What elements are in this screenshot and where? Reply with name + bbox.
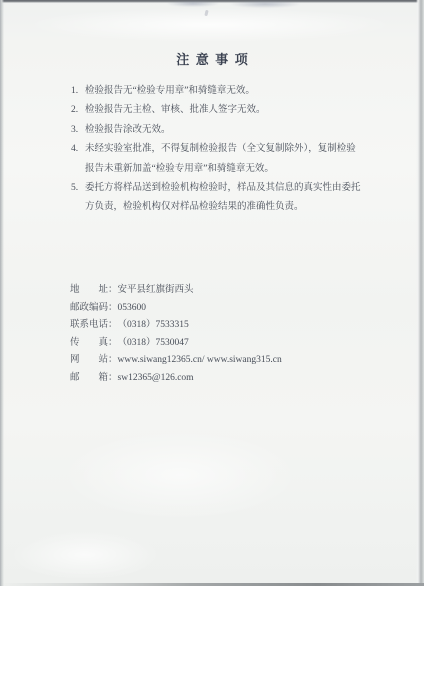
contact-row-phone: 联系电话：（0318）7533315 bbox=[70, 317, 394, 335]
contact-colon: ： bbox=[108, 370, 118, 388]
scan-smudge bbox=[10, 530, 160, 580]
note-item: 2. 检验报告无主检、审核、批准人签字无效。 bbox=[71, 101, 364, 120]
contact-row-website: 网站：www.siwang12365.cn/ www.siwang315.cn bbox=[70, 352, 394, 370]
scan-edge-right bbox=[416, 0, 424, 586]
note-text: 委托方将样品送到检验机构检验时，样品及其信息的真实性由委托方负责，检验机构仅对样… bbox=[85, 179, 364, 218]
contact-label: 邮箱 bbox=[70, 370, 108, 388]
contact-colon: ： bbox=[108, 335, 118, 353]
contact-row-address: 地址：安平县红旗街西头 bbox=[70, 282, 394, 300]
contact-value: sw12365@126.com bbox=[118, 373, 194, 383]
note-number: 3. bbox=[71, 121, 85, 140]
contact-row-postcode: 邮政编码：053600 bbox=[70, 300, 394, 318]
note-number: 1. bbox=[71, 82, 85, 101]
contact-value: （0318）7530047 bbox=[118, 338, 189, 348]
contact-value: 053600 bbox=[118, 303, 147, 313]
note-item: 1. 检验报告无“检验专用章”和骑缝章无效。 bbox=[71, 82, 364, 101]
note-number: 4. bbox=[71, 140, 85, 159]
contact-colon: ： bbox=[108, 317, 118, 335]
contact-label: 传真 bbox=[70, 335, 108, 353]
page-bottom-shadow bbox=[0, 583, 424, 586]
contact-value: 安平县红旗街西头 bbox=[118, 285, 194, 295]
note-text: 检验报告涂改无效。 bbox=[85, 121, 364, 140]
contact-value: （0318）7533315 bbox=[118, 320, 189, 330]
contact-colon: ： bbox=[108, 282, 118, 300]
page-title: 注意事项 bbox=[0, 49, 424, 68]
note-item: 4. 未经实验室批准，不得复制检验报告（全文复制除外），复制检验报告未重新加盖“… bbox=[71, 140, 364, 179]
contact-label: 邮政编码 bbox=[70, 300, 108, 318]
note-text: 检验报告无主检、审核、批准人签字无效。 bbox=[85, 101, 364, 120]
pencil-mark bbox=[166, 0, 220, 7]
scan-edge-left bbox=[0, 0, 4, 586]
contact-label: 联系电话 bbox=[70, 317, 108, 335]
pencil-mark bbox=[204, 10, 208, 17]
contact-row-fax: 传真：（0318）7530047 bbox=[70, 335, 394, 353]
contact-row-email: 邮箱：sw12365@126.com bbox=[70, 370, 394, 388]
contact-colon: ： bbox=[108, 352, 118, 370]
scan-smudge bbox=[60, 430, 300, 520]
note-text: 检验报告无“检验专用章”和骑缝章无效。 bbox=[85, 82, 364, 101]
contact-value: www.siwang12365.cn/ www.siwang315.cn bbox=[118, 355, 282, 365]
pencil-mark bbox=[230, 0, 300, 8]
note-item: 5. 委托方将样品送到检验机构检验时，样品及其信息的真实性由委托方负责，检验机构… bbox=[71, 179, 364, 218]
scanned-document-page: 注意事项 1. 检验报告无“检验专用章”和骑缝章无效。 2. 检验报告无主检、审… bbox=[0, 0, 424, 586]
contact-info-block: 地址：安平县红旗街西头 邮政编码：053600 联系电话：（0318）75333… bbox=[70, 282, 394, 388]
scan-smudge bbox=[30, 8, 390, 42]
contact-colon: ： bbox=[108, 300, 118, 318]
notes-list: 1. 检验报告无“检验专用章”和骑缝章无效。 2. 检验报告无主检、审核、批准人… bbox=[71, 82, 364, 218]
note-number: 2. bbox=[71, 101, 85, 120]
note-number: 5. bbox=[71, 179, 85, 198]
contact-label: 网站 bbox=[70, 352, 108, 370]
contact-label: 地址 bbox=[70, 282, 108, 300]
note-item: 3. 检验报告涂改无效。 bbox=[71, 121, 364, 140]
note-text: 未经实验室批准，不得复制检验报告（全文复制除外），复制检验报告未重新加盖“检验专… bbox=[85, 140, 364, 179]
